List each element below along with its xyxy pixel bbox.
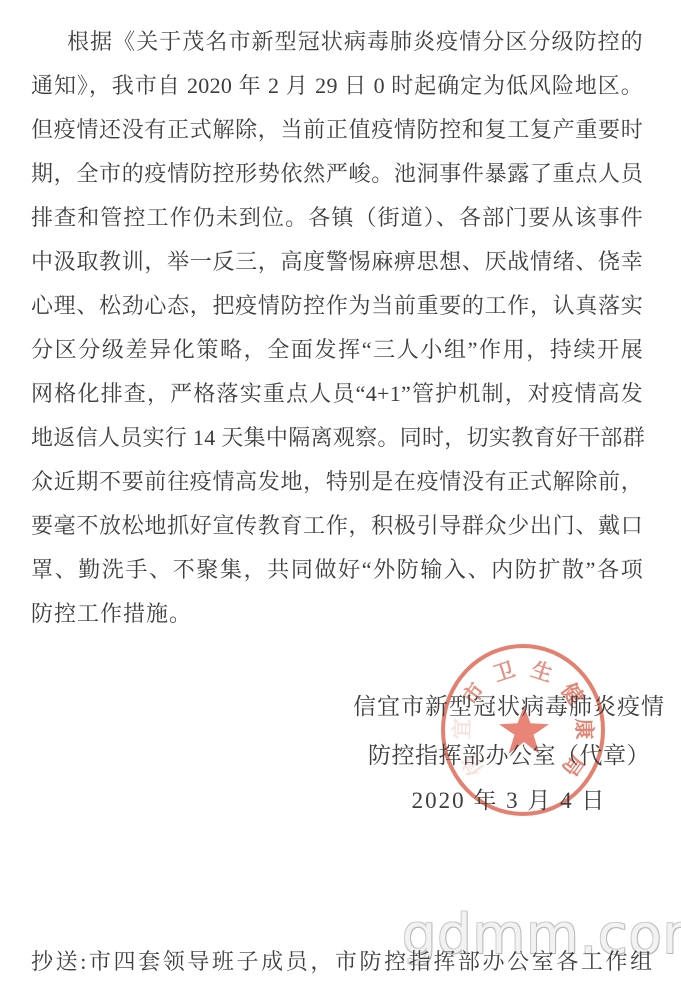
signature-org-line2: 防控指挥部办公室（代章） — [348, 743, 670, 769]
seal-char: 宜 — [446, 718, 476, 740]
body-line: 防控工作措施。 — [31, 592, 643, 636]
body-line: 罩、勤洗手、不聚集，共同做好“外防输入、内防扩散”各项 — [31, 548, 643, 592]
body-line: 要毫不放松地抓好宣传教育工作，积极引导群众少出门、戴口 — [31, 504, 643, 548]
signature-date: 2020 年 3 月 4 日 — [348, 788, 670, 814]
body-line: 众近期不要前往疫情高发地，特别是在疫情没有正式解除前， — [31, 460, 643, 504]
document-page: 根据《关于茂名市新型冠状病毒肺炎疫情分区分级防控的 通知》，我市自 2020 年… — [0, 0, 681, 1000]
seal-char: 康 — [570, 718, 600, 740]
body-line: 排查和管控工作仍未到位。各镇（街道）、各部门要从该事件 — [31, 196, 643, 240]
body-line: 网格化排查，严格落实重点人员“4+1”管护机制，对疫情高发 — [31, 372, 643, 416]
body-line: 期，全市的疫情防控形势依然严峻。池洞事件暴露了重点人员 — [31, 152, 643, 196]
body-line: 地返信人员实行 14 天集中隔离观察。同时，切实教育好干部群 — [31, 416, 643, 460]
body-paragraph: 根据《关于茂名市新型冠状病毒肺炎疫情分区分级防控的 通知》，我市自 2020 年… — [31, 20, 643, 636]
body-line: 但疫情还没有正式解除，当前正值疫情防控和复工复产重要时 — [31, 108, 643, 152]
body-line: 通知》，我市自 2020 年 2 月 29 日 0 时起确定为低风险地区。 — [31, 64, 643, 108]
body-line: 心理、松劲心态，把疫情防控作为当前重要的工作，认真落实 — [31, 284, 643, 328]
body-line: 根据《关于茂名市新型冠状病毒肺炎疫情分区分级防控的 — [31, 20, 643, 64]
body-line: 中汲取教训，举一反三，高度警惕麻痹思想、厌战情绪、侥幸 — [31, 240, 643, 284]
body-line: 分区分级差异化策略，全面发挥“三人小组”作用，持续开展 — [31, 328, 643, 372]
cc-line: 抄送:市四套领导班子成员，市防控指挥部办公室各工作组 — [31, 947, 651, 977]
signature-org-line1: 信宜市新型冠状病毒肺炎疫情 — [348, 694, 670, 720]
